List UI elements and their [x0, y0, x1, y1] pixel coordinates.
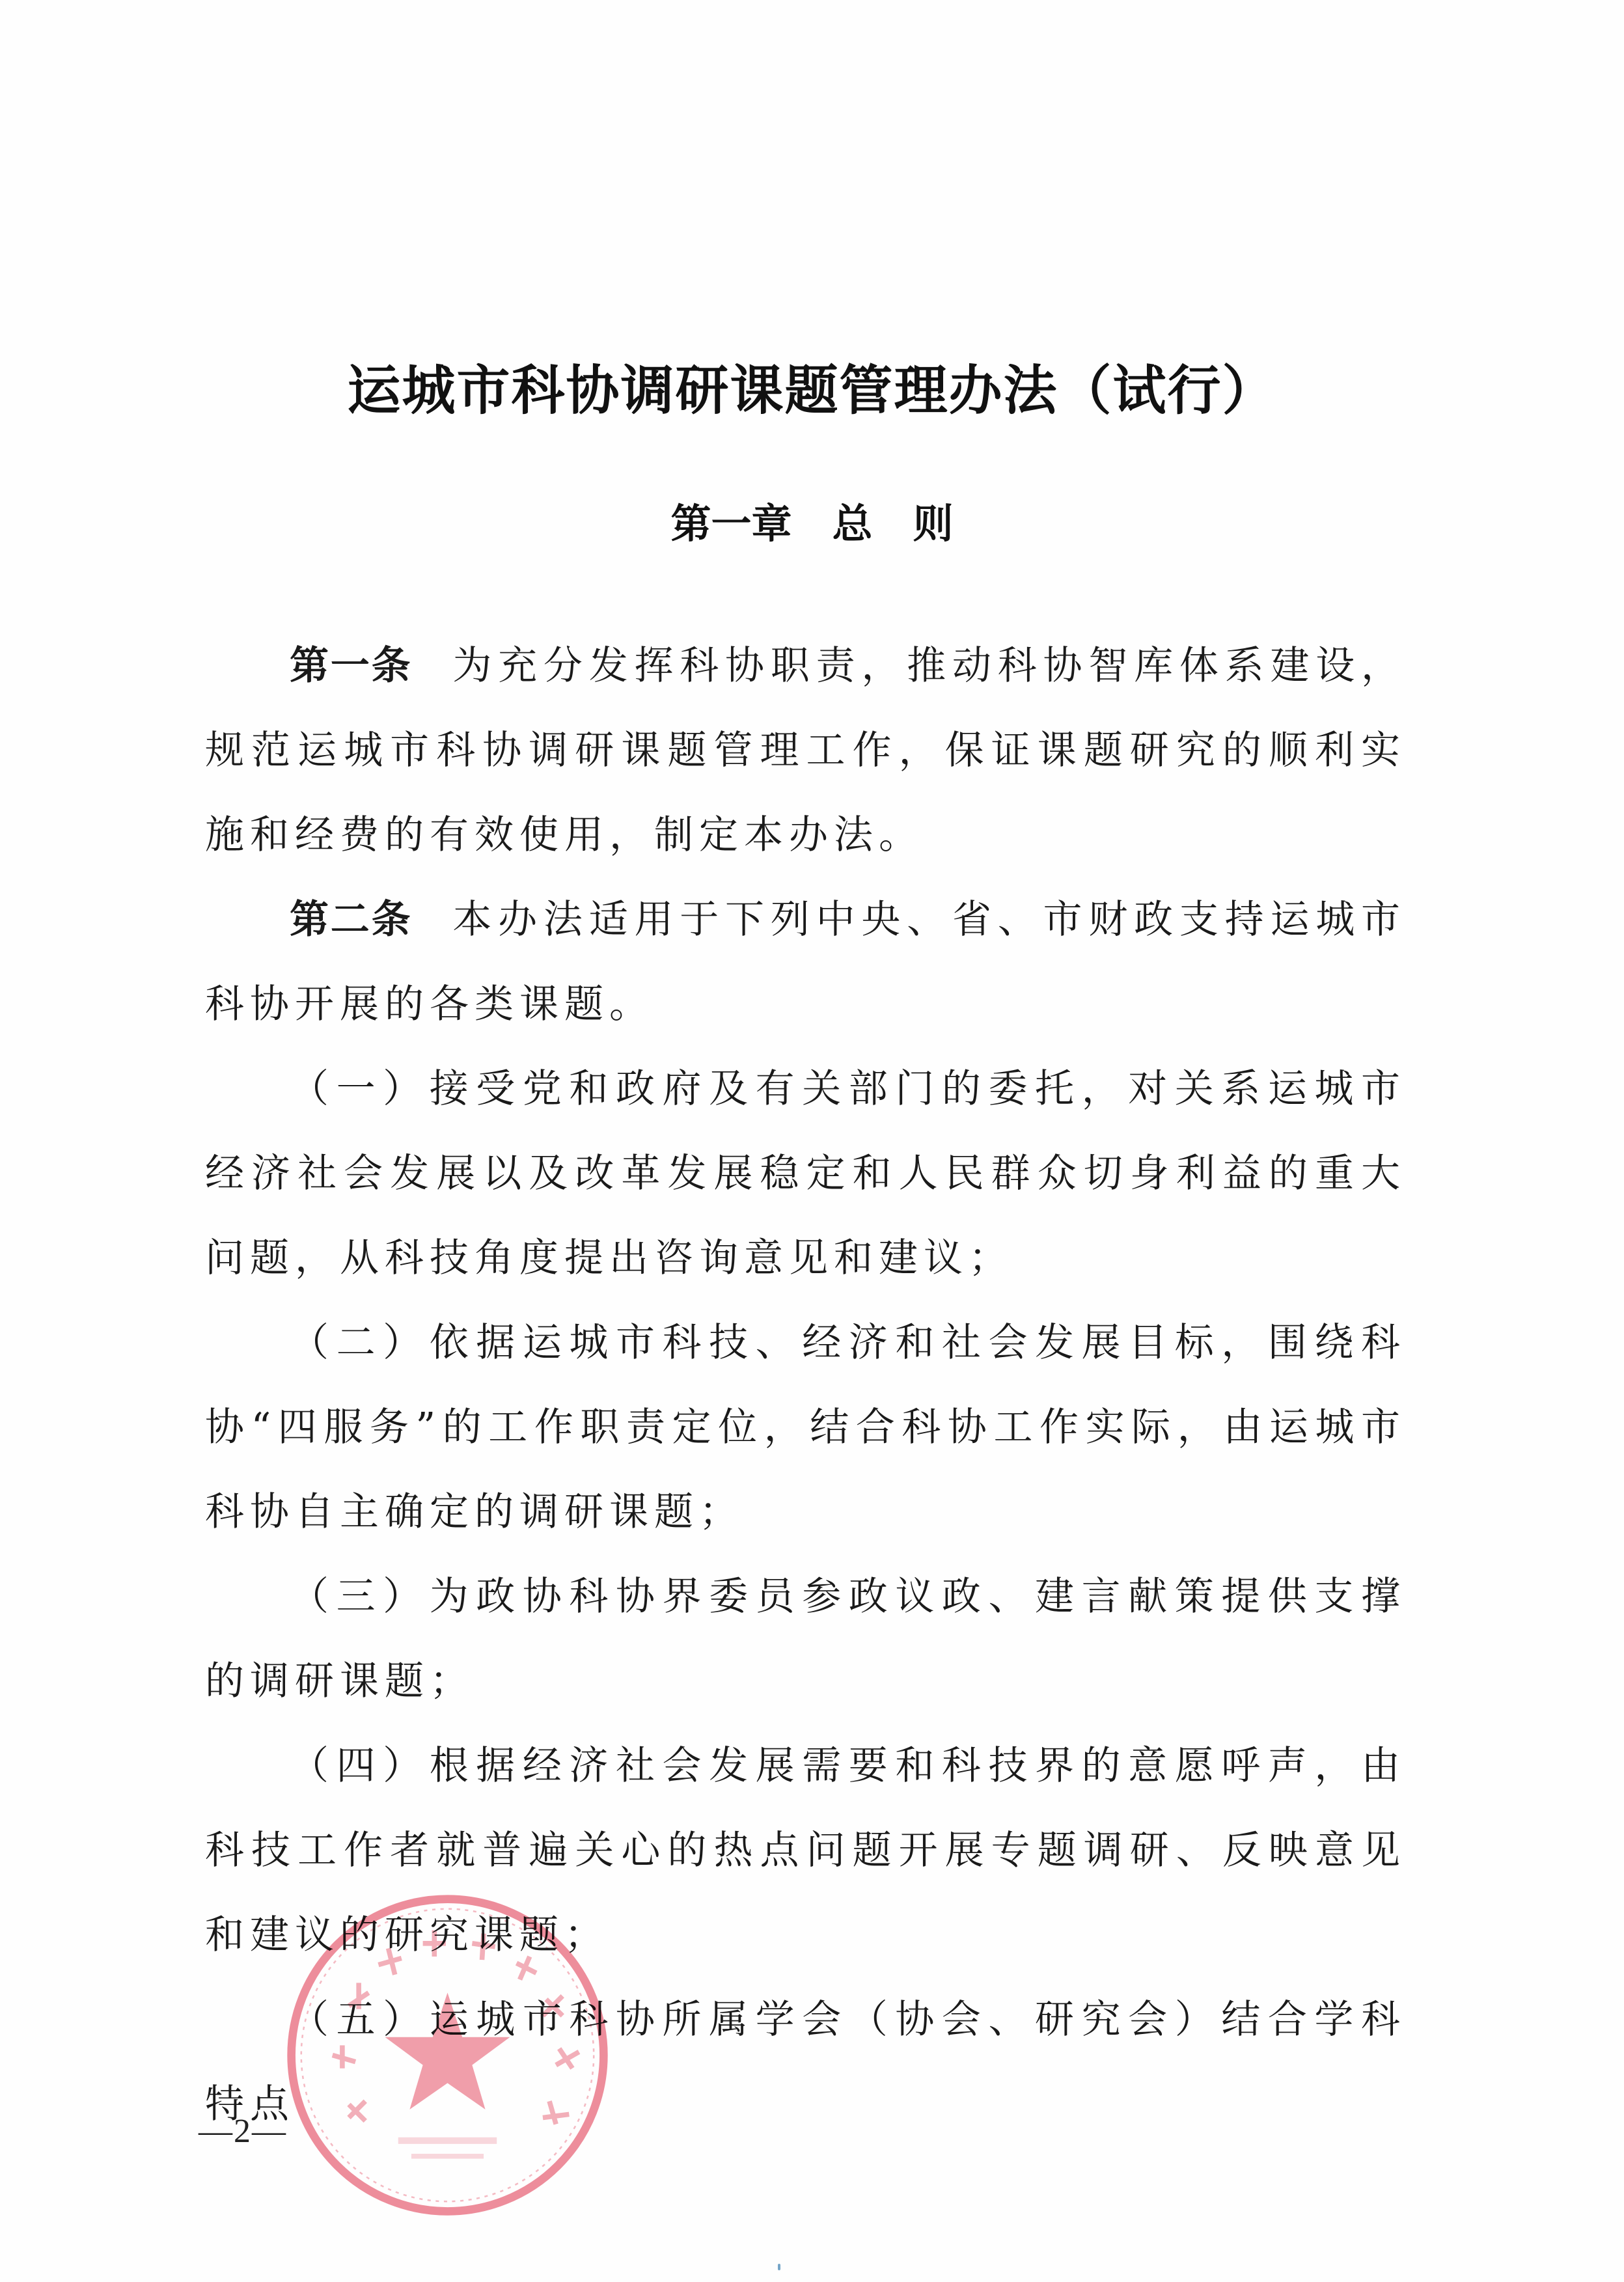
- list-item-4: （四）根据经济社会发展需要和科技界的意愿呼声，由科技工作者就普遍关心的热点问题开…: [205, 1724, 1406, 1977]
- list-item-3: （三）为政协科协界委员参政议政、建言献策提供支撑的调研课题；: [205, 1554, 1406, 1724]
- list-item-5: （五）运城市科协所属学会（协会、研究会）结合学科特点: [205, 1977, 1406, 2147]
- document-title: 运城市科协调研课题管理办法（试行）: [0, 348, 1624, 424]
- page-number: —2—: [199, 2112, 287, 2151]
- article-1: 第一条为充分发挥科协职责，推动科协智库体系建设，规范运城市科协调研课题管理工作，…: [205, 624, 1406, 877]
- document-body: 第一条为充分发挥科协职责，推动科协智库体系建设，规范运城市科协调研课题管理工作，…: [205, 624, 1406, 2147]
- list-item-2: （二）依据运城市科技、经济和社会发展目标，围绕科协“四服务”的工作职责定位，结合…: [205, 1300, 1406, 1554]
- article-1-lead: 第一条: [290, 643, 412, 689]
- scan-artifact: [778, 2264, 780, 2270]
- chapter-heading: 第一章 总 则: [0, 491, 1624, 549]
- article-2: 第二条本办法适用于下列中央、省、市财政支持运城市科协开展的各类课题。: [205, 877, 1406, 1047]
- document-page: 运城市科协调研课题管理办法（试行） 第一章 总 则 第一条为充分发挥科协职责，推…: [0, 0, 1624, 2282]
- list-item-1: （一）接受党和政府及有关部门的委托，对关系运城市经济社会发展以及改革发展稳定和人…: [205, 1047, 1406, 1300]
- article-2-lead: 第二条: [290, 897, 412, 942]
